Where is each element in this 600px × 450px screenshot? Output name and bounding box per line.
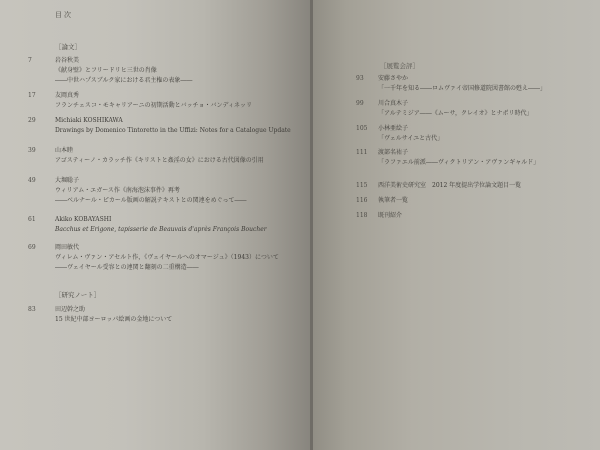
toc-entry: 61 Akiko KOBAYASHI Bacchus et Erigone, t… (28, 215, 308, 235)
toc-entry: 111 渡部名祐子 「ラファエル前派――ヴィクトリアン・アヴァンギャルド」 (356, 148, 596, 168)
entry-title: 既刊紹介 (378, 211, 402, 221)
page-number: 99 (356, 99, 376, 109)
toc-entry: 29 Michiaki KOSHIKAWA Drawings by Domeni… (28, 116, 308, 136)
toc-entry: 7 岩谷秋美 《献身壁》とフリードリヒ三世の肖像 ――中世ハプスブルク家における… (28, 56, 308, 86)
page-number: 83 (28, 305, 48, 315)
book-spine (310, 0, 313, 450)
page-number: 116 (356, 196, 376, 206)
section-heading-research-note: ［研究ノート］ (55, 290, 100, 299)
toc-entry: 93 安藤さやか 「一千年を知る――ロムヴァイ帝国修道院図書館の甦え――」 (356, 74, 596, 94)
entry-title: アゴスティーノ・カラッチ作《キリストと姦淫の女》における古代図像の引用 (55, 156, 264, 166)
toc-entry: 49 大堀聡子 ウィリアム・エガース作《南海泡沫事件》再考 ――ベルナール・ピカ… (28, 176, 308, 206)
entry-title: 「アルテミジア――《ムーサ，クレイオ》とナポリ時代」 (378, 109, 533, 119)
entry-author: 山本睦 (55, 146, 264, 156)
page-number: 115 (356, 181, 376, 191)
toc-entry: 116 執筆者一覧 (356, 196, 596, 206)
entry-subtitle: ――ベルナール・ピカール版画の解説テキストとの関連をめぐって―― (55, 196, 247, 206)
section-heading-exhibition-review: ［展覧会評］ (380, 61, 419, 70)
page-number: 69 (28, 243, 48, 253)
entry-subtitle: ――ヴェイヤール受容との連関と翻刻の二重構造―― (55, 263, 279, 273)
section-heading-papers: ［論文］ (55, 42, 81, 51)
entry-author: 安藤さやか (378, 74, 546, 84)
entry-author: 岡田敏代 (55, 243, 279, 253)
toc-entry: 99 川合真木子 「アルテミジア――《ムーサ，クレイオ》とナポリ時代」 (356, 99, 596, 119)
entry-title: ヴィレム・ヴァン・アセルト作，《ヴェイヤールへのオマージュ》（1943）について (55, 253, 279, 263)
toc-entry: 118 既刊紹介 (356, 211, 596, 221)
entry-title: 「ヴェルサイユと古代」 (378, 134, 443, 144)
entry-title: 「一千年を知る――ロムヴァイ帝国修道院図書館の甦え――」 (378, 84, 546, 94)
page-number: 118 (356, 211, 376, 221)
toc-entry: 17 友岡真秀 フランチェスコ・モキャリアーニの初期活動とバッチョ・バンディネッ… (28, 91, 308, 111)
entry-author: Michiaki KOSHIKAWA (55, 116, 291, 126)
page-number: 29 (28, 116, 48, 126)
toc-entry: 83 田辺幹之助 15 世紀中部ヨーロッパ絵画の金地について (28, 305, 308, 325)
toc-entry: 69 岡田敏代 ヴィレム・ヴァン・アセルト作，《ヴェイヤールへのオマージュ》（1… (28, 243, 308, 273)
entry-author: 大堀聡子 (55, 176, 247, 186)
entry-title: Drawings by Domenico Tintoretto in the U… (55, 126, 291, 136)
page-number: 93 (356, 74, 376, 84)
page-number: 111 (356, 148, 376, 158)
page-number: 49 (28, 176, 48, 186)
entry-author: 渡部名祐子 (378, 148, 539, 158)
entry-title: 西洋美術史研究室 2012 年度提出学位論文題目一覧 (378, 181, 521, 191)
entry-author: 友岡真秀 (55, 91, 252, 101)
toc-entry: 105 小林亜絵子 「ヴェルサイユと古代」 (356, 124, 596, 144)
entry-title: フランチェスコ・モキャリアーニの初期活動とバッチョ・バンディネッリ (55, 101, 252, 111)
page-number: 61 (28, 215, 48, 225)
page-number: 39 (28, 146, 48, 156)
entry-title: 《献身壁》とフリードリヒ三世の肖像 (55, 66, 192, 76)
entry-author: Akiko KOBAYASHI (55, 215, 267, 225)
page-number: 17 (28, 91, 48, 101)
toc-title: 目次 (55, 10, 73, 20)
left-page: 目次 ［論文］ 7 岩谷秋美 《献身壁》とフリードリヒ三世の肖像 ――中世ハプス… (0, 0, 312, 450)
toc-entry: 39 山本睦 アゴスティーノ・カラッチ作《キリストと姦淫の女》における古代図像の… (28, 146, 308, 166)
page-number: 105 (356, 124, 376, 134)
entry-title: 15 世紀中部ヨーロッパ絵画の金地について (55, 315, 172, 325)
toc-entry: 115 西洋美術史研究室 2012 年度提出学位論文題目一覧 (356, 181, 596, 191)
right-page: ［展覧会評］ 93 安藤さやか 「一千年を知る――ロムヴァイ帝国修道院図書館の甦… (312, 0, 600, 450)
entry-title: ウィリアム・エガース作《南海泡沫事件》再考 (55, 186, 247, 196)
entry-subtitle: ――中世ハプスブルク家における君主権の表象―― (55, 76, 192, 86)
page-number: 7 (28, 56, 48, 66)
entry-author: 小林亜絵子 (378, 124, 443, 134)
entry-title: Bacchus et Erigone, tapisserie de Beauva… (55, 225, 267, 235)
entry-author: 川合真木子 (378, 99, 533, 109)
entry-title: 執筆者一覧 (378, 196, 408, 206)
entry-title: 「ラファエル前派――ヴィクトリアン・アヴァンギャルド」 (378, 158, 539, 168)
entry-author: 岩谷秋美 (55, 56, 192, 66)
entry-author: 田辺幹之助 (55, 305, 172, 315)
